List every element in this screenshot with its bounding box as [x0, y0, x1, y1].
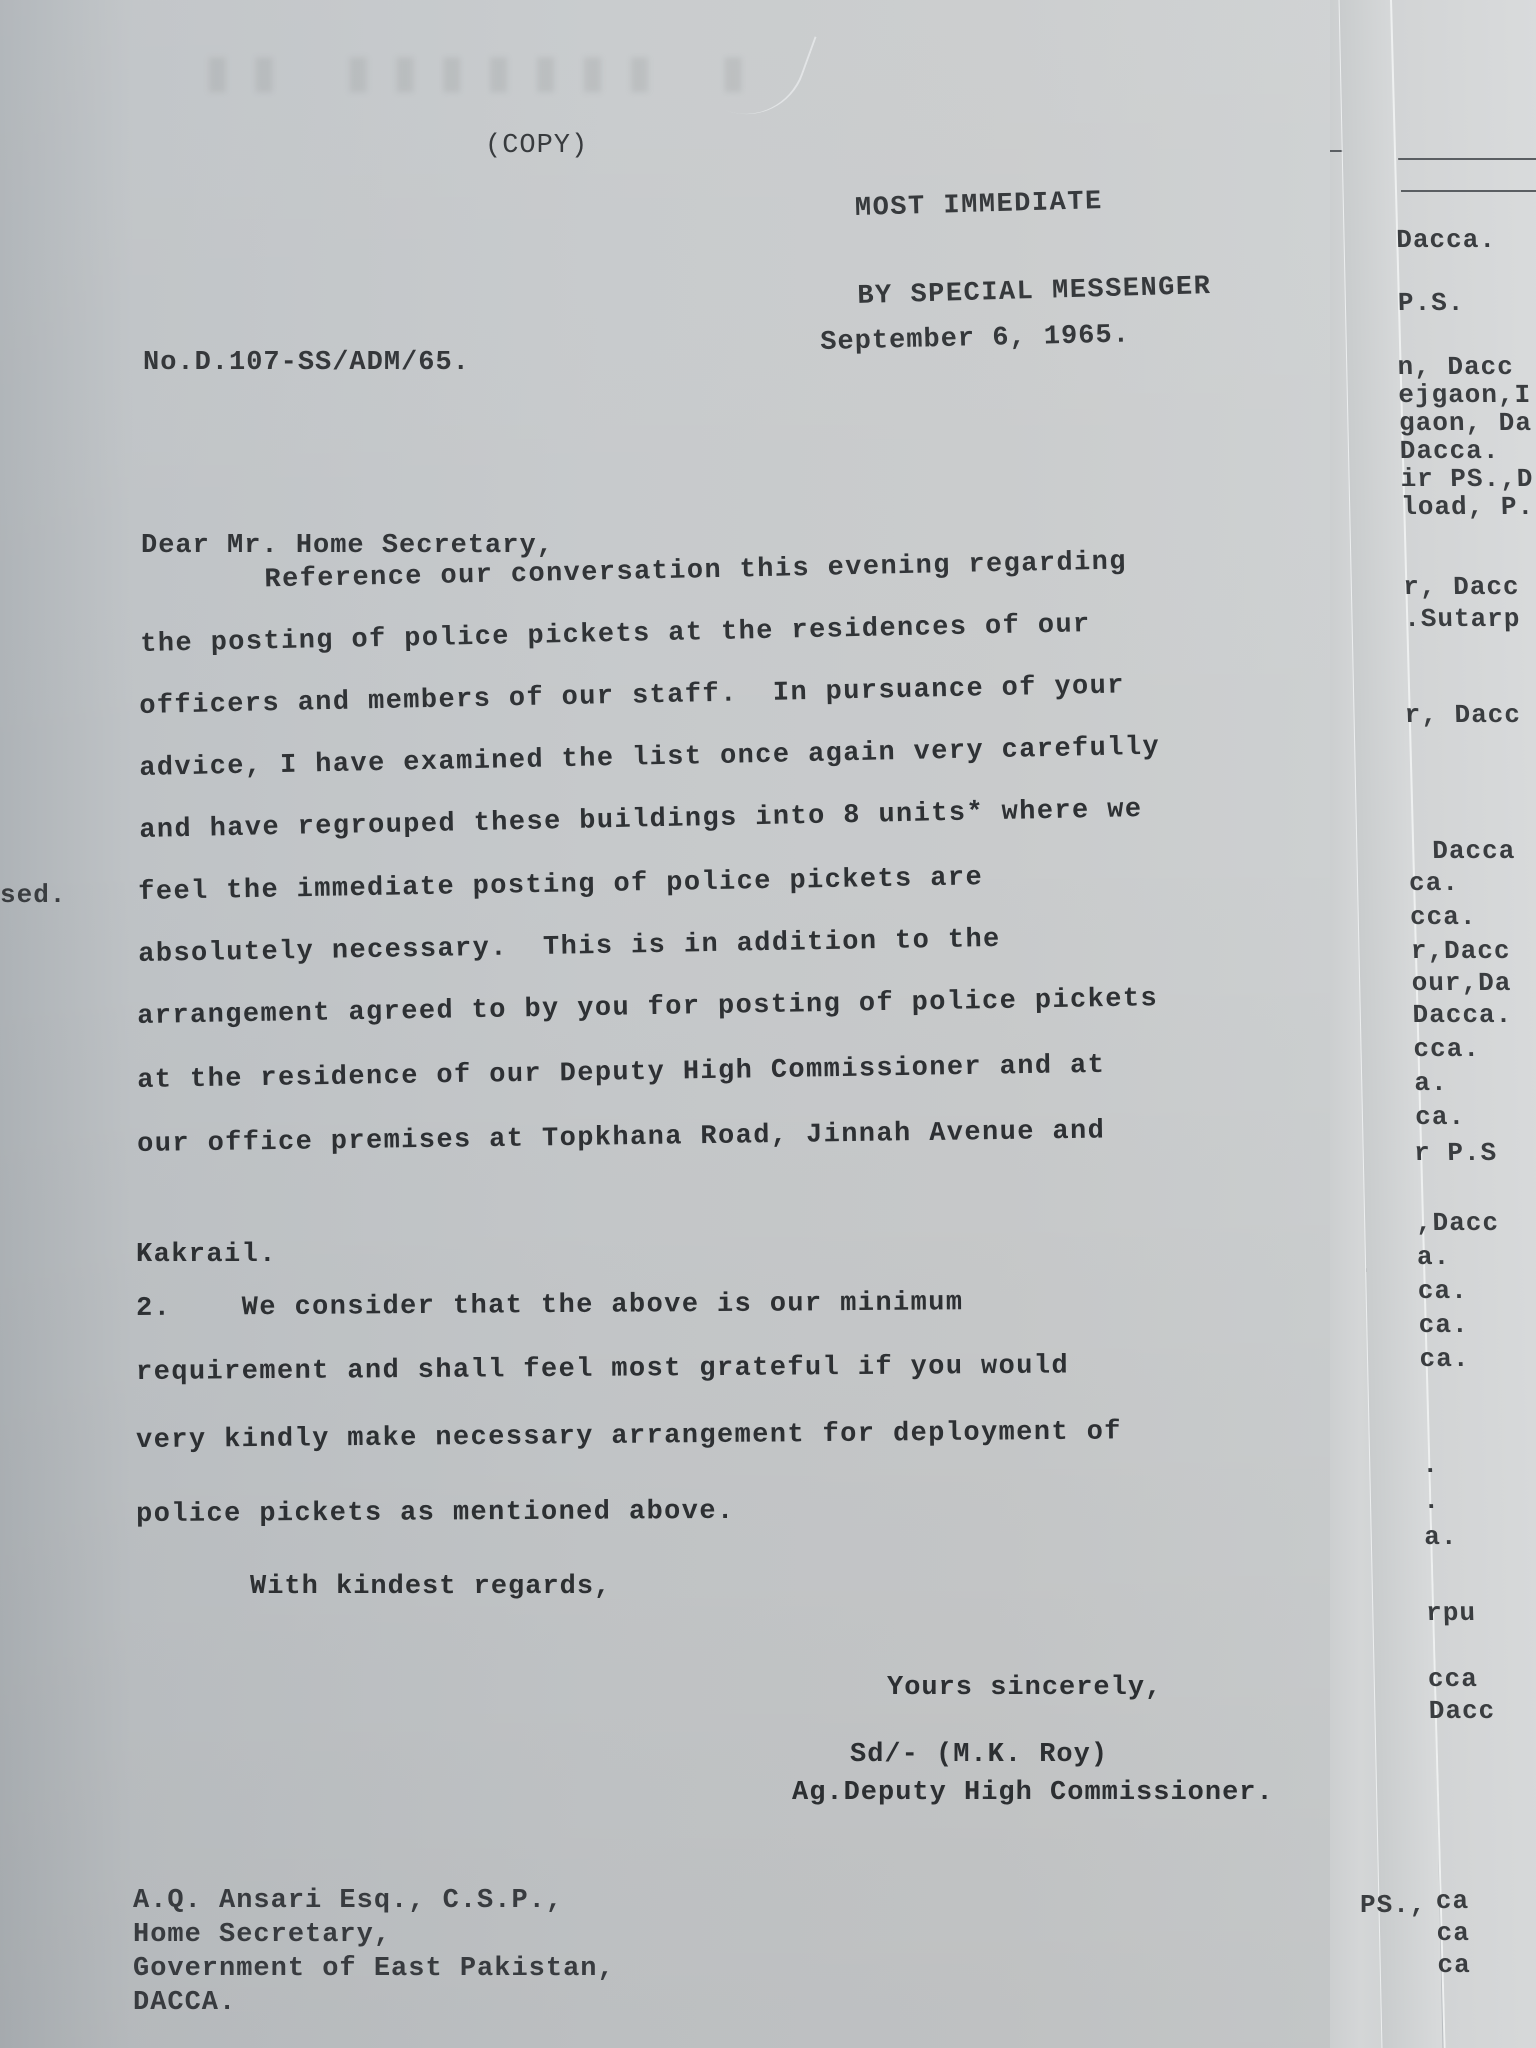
- list-line: .Sutarp: [1404, 604, 1521, 634]
- list-line: a.: [1424, 1522, 1458, 1552]
- body-line: and have regrouped these buildings into …: [139, 795, 1143, 846]
- addressee-line: Home Secretary,: [133, 1918, 615, 1952]
- list-line: ca.: [1418, 1310, 1469, 1340]
- list-line: ca.: [1409, 868, 1460, 898]
- reference-number: No.D.107-SS/ADM/65.: [143, 350, 470, 377]
- list-line: rpu: [1426, 1598, 1477, 1628]
- body-line: our office premises at Topkhana Road, Ji…: [137, 1116, 1105, 1160]
- list-line: ca: [1437, 1950, 1471, 1980]
- list-line: r P.S: [1414, 1138, 1498, 1168]
- list-line: .: [1422, 1450, 1439, 1480]
- left-edge-fragment: sed.: [0, 880, 66, 910]
- valediction: Yours sincerely,: [887, 1675, 1162, 1702]
- salutation: Dear Mr. Home Secretary,: [141, 533, 554, 560]
- body-line: absolutely necessary. This is in additio…: [138, 925, 1001, 970]
- list-line: cca.: [1413, 1034, 1480, 1064]
- closing-line: With kindest regards,: [250, 1574, 611, 1601]
- list-line: P.S.: [1398, 288, 1465, 318]
- list-line: r,Dacc: [1411, 936, 1511, 966]
- list-line: gaon, Da: [1399, 408, 1533, 438]
- list-line: a.: [1417, 1242, 1451, 1272]
- priority-line-1: MOST IMMEDIATE: [855, 182, 1210, 226]
- list-line: n, Dacc: [1397, 352, 1514, 382]
- body-line: advice, I have examined the list once ag…: [139, 733, 1160, 784]
- list-line: Dacca.: [1396, 225, 1496, 255]
- list-rule-second: [1401, 190, 1536, 192]
- paper-crease: [705, 9, 816, 131]
- priority-line-2: BY SPECIAL MESSENGER: [857, 270, 1212, 314]
- list-line: cca: [1428, 1664, 1479, 1694]
- list-line: ca: [1435, 1886, 1469, 1916]
- list-line: r, Dacc: [1403, 572, 1520, 602]
- middle-page-fragment: PS.,: [1360, 1890, 1426, 1920]
- list-line: Dacca: [1432, 836, 1516, 866]
- addressee-block: A.Q. Ansari Esq., C.S.P., Home Secretary…: [133, 1884, 615, 2020]
- addressee-line: DACCA.: [133, 1986, 615, 2020]
- list-line: Dacc: [1428, 1696, 1495, 1726]
- list-line: ca: [1436, 1918, 1470, 1948]
- copy-mark: (COPY): [485, 133, 588, 160]
- list-line: ca.: [1419, 1344, 1470, 1374]
- paragraph-2-line: very kindly make necessary arrangement f…: [136, 1417, 1122, 1456]
- bleed-through-heading: ▮▮ ▮▮▮▮▮▮▮ ▮: [200, 36, 763, 108]
- addressee-line: Government of East Pakistan,: [133, 1952, 615, 1986]
- body-line: at the residence of our Deputy High Comm…: [137, 1051, 1106, 1096]
- signatory-name: Sd/- (M.K. Roy): [850, 1742, 1108, 1769]
- list-line: a.: [1414, 1068, 1448, 1098]
- list-line: ca.: [1415, 1102, 1466, 1132]
- list-line: .: [1423, 1486, 1440, 1516]
- list-line: ejgaon,I: [1398, 380, 1532, 410]
- list-line: load, P.: [1401, 492, 1535, 522]
- letter-page: ▮▮ ▮▮▮▮▮▮▮ ▮ sed. PS., (COPY) MOST IMMED…: [0, 0, 1330, 2048]
- list-line: ,Dacc: [1416, 1208, 1500, 1238]
- body-line: arrangement agreed to by you for posting…: [137, 984, 1158, 1032]
- list-line: cca.: [1410, 902, 1477, 932]
- body-line: Kakrail.: [136, 1240, 277, 1270]
- list-line: Dacca.: [1399, 436, 1499, 466]
- list-line: our,Da: [1411, 968, 1511, 998]
- list-line: ca.: [1417, 1276, 1468, 1306]
- list-line: ir PS.,D: [1400, 464, 1534, 494]
- addressee-line: A.Q. Ansari Esq., C.S.P.,: [133, 1884, 615, 1918]
- list-line: Dacca.: [1412, 1000, 1512, 1030]
- paragraph-2-line: 2. We consider that the above is our min…: [136, 1288, 964, 1324]
- signatory-title: Ag.Deputy High Commissioner.: [792, 1780, 1274, 1807]
- paragraph-2-line: police pickets as mentioned above.: [136, 1497, 735, 1530]
- list-rule-top: [1398, 158, 1536, 160]
- body-line: feel the immediate posting of police pic…: [138, 863, 983, 908]
- paragraph-2-line: requirement and shall feel most grateful…: [136, 1351, 1069, 1388]
- list-line: r, Dacc: [1404, 700, 1521, 730]
- body-line: officers and members of our staff. In pu…: [139, 671, 1125, 722]
- body-line: the posting of police pickets at the res…: [140, 610, 1091, 660]
